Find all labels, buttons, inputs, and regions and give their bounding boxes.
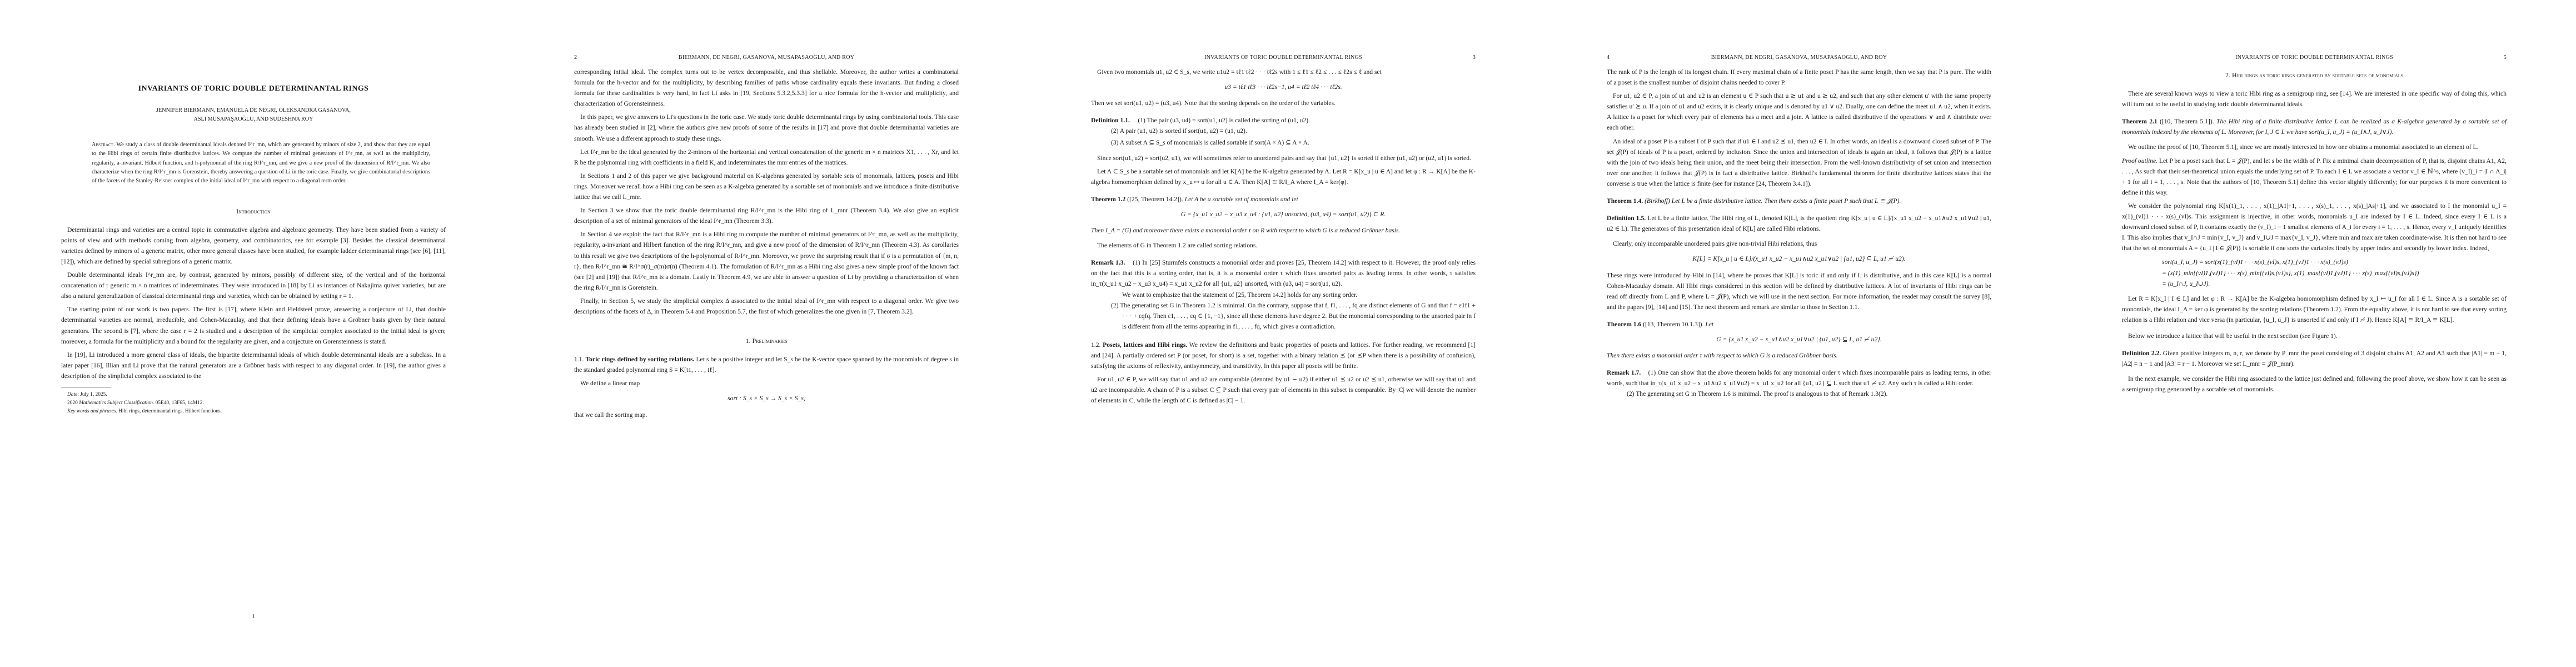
remark-item-continuation: We want to emphasize that the statement … [1091, 290, 1476, 300]
page-2-column: corresponding initial ideal. The complex… [574, 67, 959, 423]
body-paragraph: Let I^r_mn be the ideal generated by the… [574, 147, 959, 168]
section-heading-introduction: Introduction [61, 206, 446, 217]
remark-item: (2) The generating set G in Theorem 1.2 … [1091, 300, 1476, 332]
theorem-2-1: Theorem 2.1 ([10, Theorem 5.1]). The Hib… [2122, 116, 2507, 137]
date-label: Date [67, 392, 77, 397]
keywords-value: Hibi rings, determinantal rings, Hilbert… [117, 409, 222, 414]
definition-text: Given positive integers m, n, r, we deno… [2122, 350, 2507, 367]
theorem-1-4: Theorem 1.4. (Birkhoff) Let L be a finit… [1607, 196, 1991, 206]
body-paragraph: For u1, u2 ∈ P, a join of u1 and u2 is a… [1607, 91, 1991, 133]
body-paragraph: Clearly, only incomparable unordered pai… [1607, 238, 1991, 249]
display-equation: u3 = tℓ1 tℓ3 · · · tℓ2s−1, u4 = tℓ2 tℓ4 … [1091, 82, 1476, 92]
remark-1-7: Remark 1.7. (1) One can show that the ab… [1607, 367, 1991, 399]
abstract: Abstract. We study a class of double det… [92, 141, 430, 186]
date-value: : July 1, 2025. [77, 392, 107, 397]
definition-2-2: Definition 2.2. Given positive integers … [2122, 348, 2507, 369]
display-equation: G = {x_u1 x_u2 − x_u1∧u2 x_u1∨u2 | {u1, … [1607, 334, 1991, 345]
remark-item: (1) In [25] Sturmfels constructs a monom… [1091, 259, 1476, 287]
body-paragraph: There are several known ways to view a t… [2122, 88, 2507, 109]
msc-year: 2020 [67, 400, 79, 406]
body-paragraph: The elements of G in Theorem 1.2 are cal… [1091, 240, 1476, 251]
display-equation: G = {x_u1 x_u2 − x_u3 x_u4 : {u1, u2} un… [1091, 209, 1476, 220]
theorem-text: Then there exists a monomial order τ wit… [1607, 350, 1991, 361]
intro-paragraph: Double determinantal ideals I^r_mn are, … [61, 270, 446, 301]
page-number: 3 [1473, 54, 1476, 61]
keywords-label: Key words and phrases. [67, 409, 117, 414]
footnote-keywords: Key words and phrases. Hibi rings, deter… [67, 407, 446, 416]
remark-1-3: Remark 1.3. (1) In [25] Sturmfels constr… [1091, 257, 1476, 332]
subsection-title: Toric rings defined by sorting relations… [585, 356, 694, 363]
abstract-text: We study a class of double determinantal… [92, 142, 430, 184]
theorem-1-6: Theorem 1.6 ([13, Theorem 10.1.3]). Let … [1607, 319, 1991, 361]
proof-label: Proof outline. [2122, 157, 2158, 165]
page-number: 5 [2504, 54, 2507, 61]
theorem-text: Let A be a sortable set of monomials and… [1185, 196, 1298, 203]
definition-1-1: Definition 1.1. (1) The pair (u3, u4) = … [1091, 115, 1476, 148]
subsection-title: Posets, lattices and Hibi rings. [1103, 341, 1187, 349]
running-head-text: BIERMANN, DE NEGRI, GASANOVA, MUSAPASAOG… [574, 54, 959, 61]
body-paragraph: An ideal of a poset P is a subset I of P… [1607, 136, 1991, 189]
theorem-label: Theorem 1.6 [1607, 321, 1641, 328]
intro-paragraph: Determinantal rings and varieties are a … [61, 225, 446, 267]
remark-label: Remark 1.7. [1607, 369, 1641, 376]
abstract-label: Abstract. [92, 142, 115, 148]
page-number: 1 [61, 614, 446, 620]
definition-label: Definition 1.1. [1091, 117, 1130, 124]
body-paragraph: We define a linear map [574, 378, 959, 389]
page-2: 2 BIERMANN, DE NEGRI, GASANOVA, MUSAPASA… [515, 0, 1030, 667]
body-paragraph: that we call the sorting map. [574, 410, 959, 420]
display-equation-block: sort(u_I, u_J) = sort(x(1)_(vI)1 · · · x… [2122, 257, 2507, 288]
body-paragraph: Then we set sort(u1, u2) = (u3, u4). Not… [1091, 98, 1476, 108]
intro-paragraph: In [19], Li introduced a more general cl… [61, 350, 446, 381]
page-3: INVARIANTS OF TORIC DOUBLE DETERMINANTAL… [1030, 0, 1546, 667]
body-paragraph: In Sections 1 and 2 of this paper we giv… [574, 171, 959, 202]
page-4-column: The rank of P is the length of its longe… [1607, 67, 1991, 404]
definition-1-5: Definition 1.5. Let L be a finite lattic… [1607, 213, 1991, 234]
author-list: JENNIFER BIERMANN, EMANUELA DE NEGRI, OL… [61, 106, 446, 124]
running-head-text: BIERMANN, DE NEGRI, GASANOVA, MUSAPASAOG… [1607, 54, 1991, 61]
paper-title: INVARIANTS OF TORIC DOUBLE DETERMINANTAL… [61, 83, 446, 94]
subsection-number: 1.1. [574, 356, 584, 363]
body-paragraph: In the next example, we consider the Hib… [2122, 374, 2507, 395]
body-paragraph: We outline the proof of [10, Theorem 5.1… [2122, 142, 2507, 152]
theorem-text: (Birkhoff) Let L be a finite distributiv… [1645, 197, 1901, 205]
body-paragraph: In Section 3 we show that the toric doub… [574, 205, 959, 226]
running-head-text: INVARIANTS OF TORIC DOUBLE DETERMINANTAL… [2122, 54, 2507, 61]
page-5: INVARIANTS OF TORIC DOUBLE DETERMINANTAL… [2061, 0, 2576, 667]
body-paragraph: Let A ⊂ S_s be a sortable set of monomia… [1091, 166, 1476, 187]
msc-label: Mathematics Subject Classification. [79, 400, 154, 406]
display-equation: sort : S_s × S_s → S_s × S_s, [574, 393, 959, 404]
display-equation: K[L] = K[x_u | u ∈ L]/(x_u1 x_u2 − x_u1∧… [1607, 253, 1991, 264]
theorem-1-2: Theorem 1.2 ([25, Theorem 14.2]). Let A … [1091, 194, 1476, 236]
page-4: 4 BIERMANN, DE NEGRI, GASANOVA, MUSAPASA… [1546, 0, 2061, 667]
definition-label: Definition 2.2. [2122, 350, 2161, 357]
body-paragraph: Below we introduce a lattice that will b… [2122, 331, 2507, 341]
definition-item: (3) A subset A ⊆ S_s of monomials is cal… [1091, 137, 1476, 148]
theorem-label: Theorem 2.1 [2122, 118, 2158, 125]
section-heading-hibi-rings: 2. Hibi rings as toric rings generated b… [2122, 70, 2507, 81]
theorem-text: Let [1705, 321, 1713, 328]
footnotes: Date: July 1, 2025. 2020 Mathematics Sub… [61, 391, 446, 416]
body-paragraph: Given two monomials u1, u2 ∈ S_s, we wri… [1091, 67, 1476, 77]
definition-item: (2) A pair (u1, u2) is sorted if sort(u1… [1091, 126, 1476, 136]
definition-item: (1) The pair (u3, u4) = sort(u1, u2) is … [1138, 117, 1310, 124]
page-1: INVARIANTS OF TORIC DOUBLE DETERMINANTAL… [0, 0, 515, 667]
body-paragraph: Finally, in Section 5, we study the simp… [574, 296, 959, 317]
proof-text: Let P be a poset such that L = 𝒥(P), and… [2122, 157, 2507, 196]
authors-line-2: ASLI MUSAPAŞAOĞLU, AND SUDESHNA ROY [61, 115, 446, 124]
page-3-column: Given two monomials u1, u2 ∈ S_s, we wri… [1091, 67, 1476, 409]
remark-item: (1) One can show that the above theorem … [1607, 369, 1991, 387]
theorem-citation: ([25, Theorem 14.2]). [1125, 196, 1184, 203]
subsection-1-2: 1.2. Posets, lattices and Hibi rings. We… [1091, 340, 1476, 371]
proof-outline: Proof outline. Let P be a poset such tha… [2122, 156, 2507, 198]
footnote-msc: 2020 Mathematics Subject Classification.… [67, 399, 446, 407]
theorem-text: Then I_A = (G) and moreover there exists… [1091, 225, 1476, 236]
subsection-1-1: 1.1. Toric rings defined by sorting rela… [574, 354, 959, 375]
definition-label: Definition 1.5. [1607, 215, 1646, 222]
body-paragraph: These rings were introduced by Hibi in [… [1607, 270, 1991, 312]
body-paragraph: For u1, u2 ∈ P, we will say that u1 and … [1091, 374, 1476, 406]
theorem-citation: ([10, Theorem 5.1]). [2158, 118, 2216, 125]
intro-paragraph: The starting point of our work is two pa… [61, 304, 446, 346]
msc-value: 05E40, 13F65, 14M12. [154, 400, 204, 406]
theorem-label: Theorem 1.4. [1607, 197, 1643, 205]
remark-label: Remark 1.3. [1091, 259, 1125, 266]
page-1-column: INVARIANTS OF TORIC DOUBLE DETERMINANTAL… [61, 83, 446, 416]
body-paragraph: corresponding initial ideal. The complex… [574, 67, 959, 109]
display-line: = (u_I∩J, u_I∪J). [2162, 278, 2507, 289]
body-paragraph: The rank of P is the length of its longe… [1607, 67, 1991, 88]
subsection-number: 1.2. [1091, 341, 1100, 349]
body-paragraph: In this paper, we give answers to Li's q… [574, 112, 959, 143]
page-5-column: 2. Hibi rings as toric rings generated b… [2122, 67, 2507, 397]
footnote-rule [61, 387, 111, 387]
body-paragraph: In Section 4 we exploit the fact that R/… [574, 229, 959, 293]
body-paragraph: We consider the polynomial ring K[x(1)_1… [2122, 201, 2507, 253]
body-paragraph: Since sort(u1, u2) = sort(u2, u1), we wi… [1091, 153, 1476, 163]
running-head-text: INVARIANTS OF TORIC DOUBLE DETERMINANTAL… [1091, 54, 1476, 61]
theorem-citation: ([13, Theorem 10.1.3]). [1641, 321, 1705, 328]
display-line: sort(u_I, u_J) = sort(x(1)_(vI)1 · · · x… [2162, 257, 2507, 267]
body-paragraph: Let R = K[x_I | I ∈ L] and let φ : R → K… [2122, 293, 2507, 325]
section-heading-preliminaries: 1. Preliminaries [574, 336, 959, 346]
authors-line-1: JENNIFER BIERMANN, EMANUELA DE NEGRI, OL… [61, 106, 446, 115]
footnote-date: Date: July 1, 2025. [67, 391, 446, 399]
definition-text: Let L be a finite lattice. The Hibi ring… [1607, 215, 1991, 232]
remark-item: (2) The generating set G in Theorem 1.6 … [1607, 389, 1991, 399]
theorem-label: Theorem 1.2 [1091, 196, 1125, 203]
display-line: = (x(1)_min{(vI)1,(vJ)1} · · · x(s)_min{… [2162, 268, 2507, 278]
